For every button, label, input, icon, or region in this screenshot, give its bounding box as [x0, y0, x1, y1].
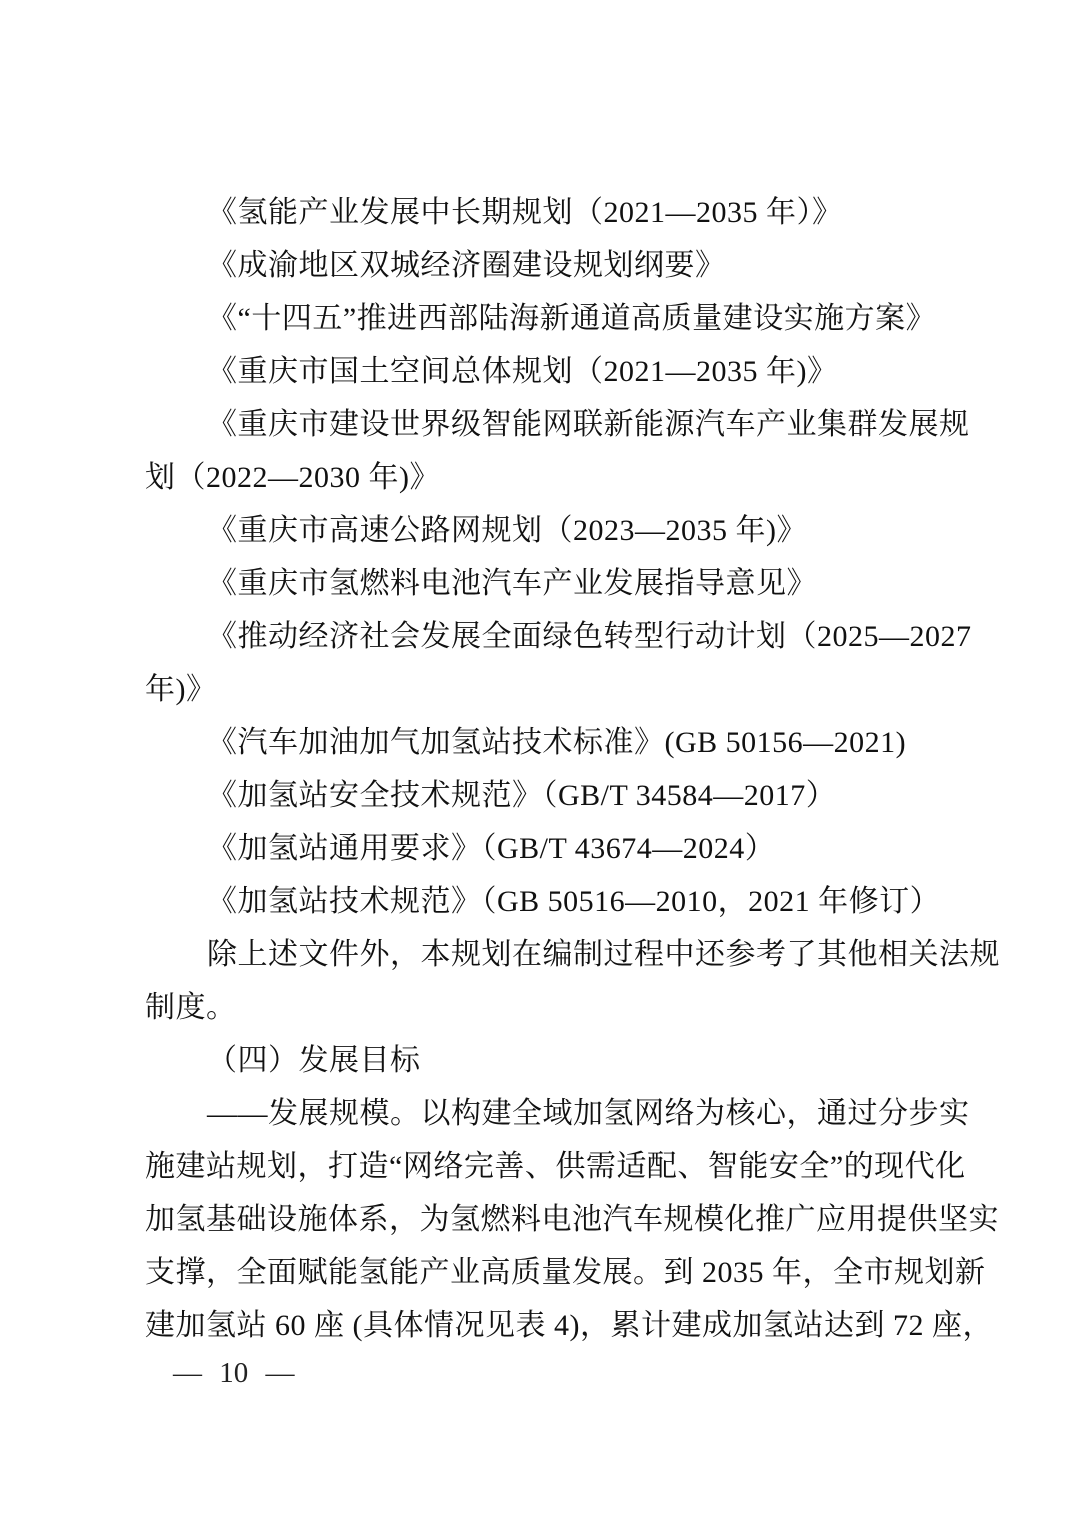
document-body: 《氢能产业发展中长期规划（2021—2035 年）》 《成渝地区双城经济圈建设规…: [145, 186, 960, 1352]
doc-line: 《汽车加油加气加氢站技术标准》(GB 50156—2021): [145, 716, 960, 769]
doc-line: 《重庆市氢燃料电池汽车产业发展指导意见》: [145, 557, 960, 610]
doc-line: 《重庆市建设世界级智能网联新能源汽车产业集群发展规: [145, 398, 960, 451]
doc-line: 除上述文件外，本规划在编制过程中还参考了其他相关法规: [145, 928, 960, 981]
doc-line: 年)》: [145, 663, 960, 716]
doc-line: 制度。: [145, 981, 960, 1034]
doc-line: 施建站规划，打造“网络完善、供需适配、智能安全”的现代化: [145, 1140, 960, 1193]
doc-line: 《加氢站通用要求》（GB/T 43674—2024）: [145, 822, 960, 875]
doc-line: 建加氢站 60 座 (具体情况见表 4)，累计建成加氢站达到 72 座，: [145, 1299, 960, 1352]
doc-line: 划（2022—2030 年)》: [145, 451, 960, 504]
doc-line: 《重庆市高速公路网规划（2023—2035 年)》: [145, 504, 960, 557]
doc-line: 《“十四五”推进西部陆海新通道高质量建设实施方案》: [145, 292, 960, 345]
doc-line: 《加氢站安全技术规范》（GB/T 34584—2017）: [145, 769, 960, 822]
section-heading: （四）发展目标: [145, 1034, 960, 1087]
doc-line: 《成渝地区双城经济圈建设规划纲要》: [145, 239, 960, 292]
doc-line: 支撑，全面赋能氢能产业高质量发展。到 2035 年，全市规划新: [145, 1246, 960, 1299]
doc-line: 《重庆市国土空间总体规划（2021—2035 年)》: [145, 345, 960, 398]
document-page: 《氢能产业发展中长期规划（2021—2035 年）》 《成渝地区双城经济圈建设规…: [0, 0, 1080, 1527]
doc-line: 《加氢站技术规范》（GB 50516—2010，2021 年修订）: [145, 875, 960, 928]
doc-line: 《氢能产业发展中长期规划（2021—2035 年）》: [145, 186, 960, 239]
page-number: — 10 —: [173, 1355, 295, 1391]
doc-line: 《推动经济社会发展全面绿色转型行动计划（2025—2027: [145, 610, 960, 663]
doc-line: ——发展规模。以构建全域加氢网络为核心，通过分步实: [145, 1087, 960, 1140]
doc-line: 加氢基础设施体系，为氢燃料电池汽车规模化推广应用提供坚实: [145, 1193, 960, 1246]
